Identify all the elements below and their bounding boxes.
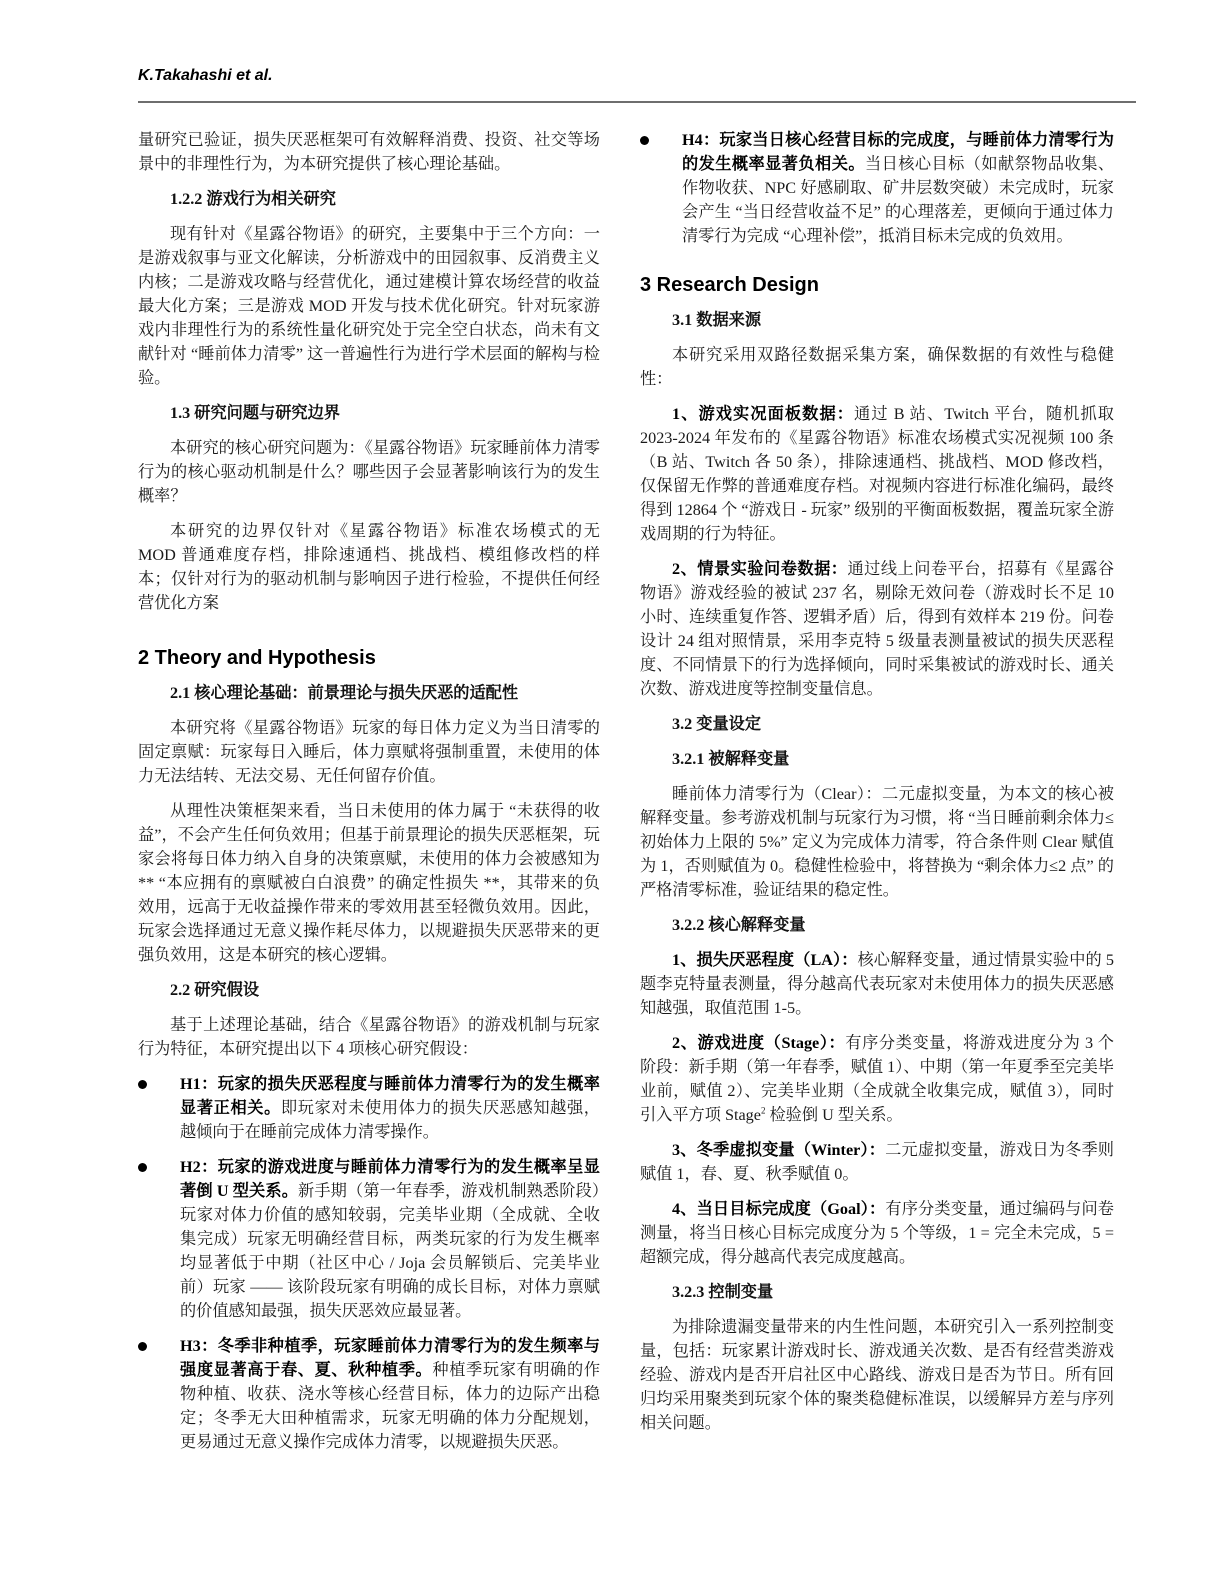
- section-heading-2: 2 Theory and Hypothesis: [138, 645, 600, 671]
- paragraph-core-logic: 从理性决策框架来看，当日未使用的体力属于 “未获得的收益”，不会产生任何负效用；…: [138, 799, 600, 967]
- bullet-icon: [640, 128, 682, 248]
- survey-data-text: 通过线上问卷平台，招募有《星露谷物语》游戏经验的被试 237 名，剔除无效问卷（…: [640, 560, 1114, 698]
- hypothesis-item-h3: H3：冬季非种植季，玩家睡前体力清零行为的发生频率与强度显著高于春、夏、秋种植季…: [138, 1334, 600, 1454]
- subsection-heading-1-2-2: 1.2.2 游戏行为相关研究: [170, 187, 600, 211]
- hypothesis-item-h2: H2：玩家的游戏进度与睡前体力清零行为的发生概率呈显著倒 U 型关系。新手期（第…: [138, 1155, 600, 1323]
- paragraph-var-goal: 4、当日目标完成度（Goal）：有序分类变量，通过编码与问卷测量，将当日核心目标…: [640, 1197, 1114, 1269]
- subsection-heading-3-1: 3.1 数据来源: [672, 308, 1114, 332]
- subsection-heading-3-2: 3.2 变量设定: [672, 712, 1114, 736]
- paragraph-endowment-definition: 本研究将《星露谷物语》玩家的每日体力定义为当日清零的固定禀赋：玩家每日入睡后，体…: [138, 716, 600, 788]
- subsection-heading-3-2-3: 3.2.3 控制变量: [672, 1280, 1114, 1304]
- bullet-icon: [138, 1155, 180, 1323]
- var-la-label: 1、损失厌恶程度（LA）：: [672, 951, 858, 969]
- var-stage-label: 2、游戏进度（Stage）：: [672, 1034, 845, 1052]
- paragraph-research-question: 本研究的核心研究问题为：《星露谷物语》玩家睡前体力清零行为的核心驱动机制是什么？…: [138, 436, 600, 508]
- subsection-heading-2-2: 2.2 研究假设: [170, 978, 600, 1002]
- var-winter-label: 3、冬季虚拟变量（Winter）：: [672, 1141, 885, 1159]
- running-header-author: K.Takahashi et al.: [138, 67, 273, 85]
- paragraph-var-stage: 2、游戏进度（Stage）：有序分类变量，将游戏进度分为 3 个阶段：新手期（第…: [640, 1031, 1114, 1127]
- paragraph-var-loss-aversion: 1、损失厌恶程度（LA）：核心解释变量，通过情景实验中的 5 题李克特量表测量，…: [640, 948, 1114, 1020]
- header-divider: [138, 101, 1136, 103]
- paragraph-panel-data: 1、游戏实况面板数据：通过 B 站、Twitch 平台，随机抓取 2023-20…: [640, 402, 1114, 546]
- var-stage-tail: 检验倒 U 型关系。: [765, 1106, 902, 1124]
- subsection-heading-3-2-2: 3.2.2 核心解释变量: [672, 913, 1114, 937]
- paragraph-research-boundary: 本研究的边界仅针对《星露谷物语》标准农场模式的无 MOD 普通难度存档，排除速通…: [138, 519, 600, 615]
- paragraph-survey-data: 2、情景实验问卷数据：通过线上问卷平台，招募有《星露谷物语》游戏经验的被试 23…: [640, 557, 1114, 701]
- subsection-heading-1-3: 1.3 研究问题与研究边界: [170, 401, 600, 425]
- paragraph-control-variables: 为排除遗漏变量带来的内生性问题，本研究引入一系列控制变量，包括：玩家累计游戏时长…: [640, 1315, 1114, 1435]
- subsection-heading-2-1: 2.1 核心理论基础：前景理论与损失厌恶的适配性: [170, 681, 600, 705]
- paragraph-continued: 量研究已验证，损失厌恶框架可有效解释消费、投资、社交等场景中的非理性行为，为本研…: [138, 128, 600, 176]
- hypothesis-item-h4: H4：玩家当日核心经营目标的完成度，与睡前体力清零行为的发生概率显著负相关。当日…: [640, 128, 1114, 248]
- paragraph-var-winter: 3、冬季虚拟变量（Winter）：二元虚拟变量，游戏日为冬季则赋值 1，春、夏、…: [640, 1138, 1114, 1186]
- var-goal-label: 4、当日目标完成度（Goal）：: [672, 1200, 885, 1218]
- right-column: H4：玩家当日核心经营目标的完成度，与睡前体力清零行为的发生概率显著负相关。当日…: [640, 128, 1114, 1446]
- paragraph-hypotheses-intro: 基于上述理论基础，结合《星露谷物语》的游戏机制与玩家行为特征，本研究提出以下 4…: [138, 1013, 600, 1061]
- paragraph-game-behavior-research: 现有针对《星露谷物语》的研究，主要集中于三个方向：一是游戏叙事与亚文化解读，分析…: [138, 222, 600, 390]
- panel-data-text: 通过 B 站、Twitch 平台，随机抓取 2023-2024 年发布的《星露谷…: [640, 405, 1114, 543]
- section-heading-3: 3 Research Design: [640, 272, 1114, 298]
- bullet-icon: [138, 1334, 180, 1454]
- left-column: 量研究已验证，损失厌恶框架可有效解释消费、投资、社交等场景中的非理性行为，为本研…: [138, 128, 600, 1465]
- panel-data-label: 1、游戏实况面板数据：: [672, 405, 854, 423]
- survey-data-label: 2、情景实验问卷数据：: [672, 560, 847, 578]
- paragraph-dependent-variable: 睡前体力清零行为（Clear）：二元虚拟变量，为本文的核心被解释变量。参考游戏机…: [640, 782, 1114, 902]
- paragraph-data-sources-intro: 本研究采用双路径数据采集方案，确保数据的有效性与稳健性：: [640, 343, 1114, 391]
- subsection-heading-3-2-1: 3.2.1 被解释变量: [672, 747, 1114, 771]
- bullet-icon: [138, 1072, 180, 1144]
- hypothesis-explanation: 新手期（第一年春季，游戏机制熟悉阶段）玩家对体力价值的感知较弱，完美毕业期（全成…: [180, 1182, 600, 1320]
- hypothesis-item-h1: H1：玩家的损失厌恶程度与睡前体力清零行为的发生概率显著正相关。即玩家对未使用体…: [138, 1072, 600, 1144]
